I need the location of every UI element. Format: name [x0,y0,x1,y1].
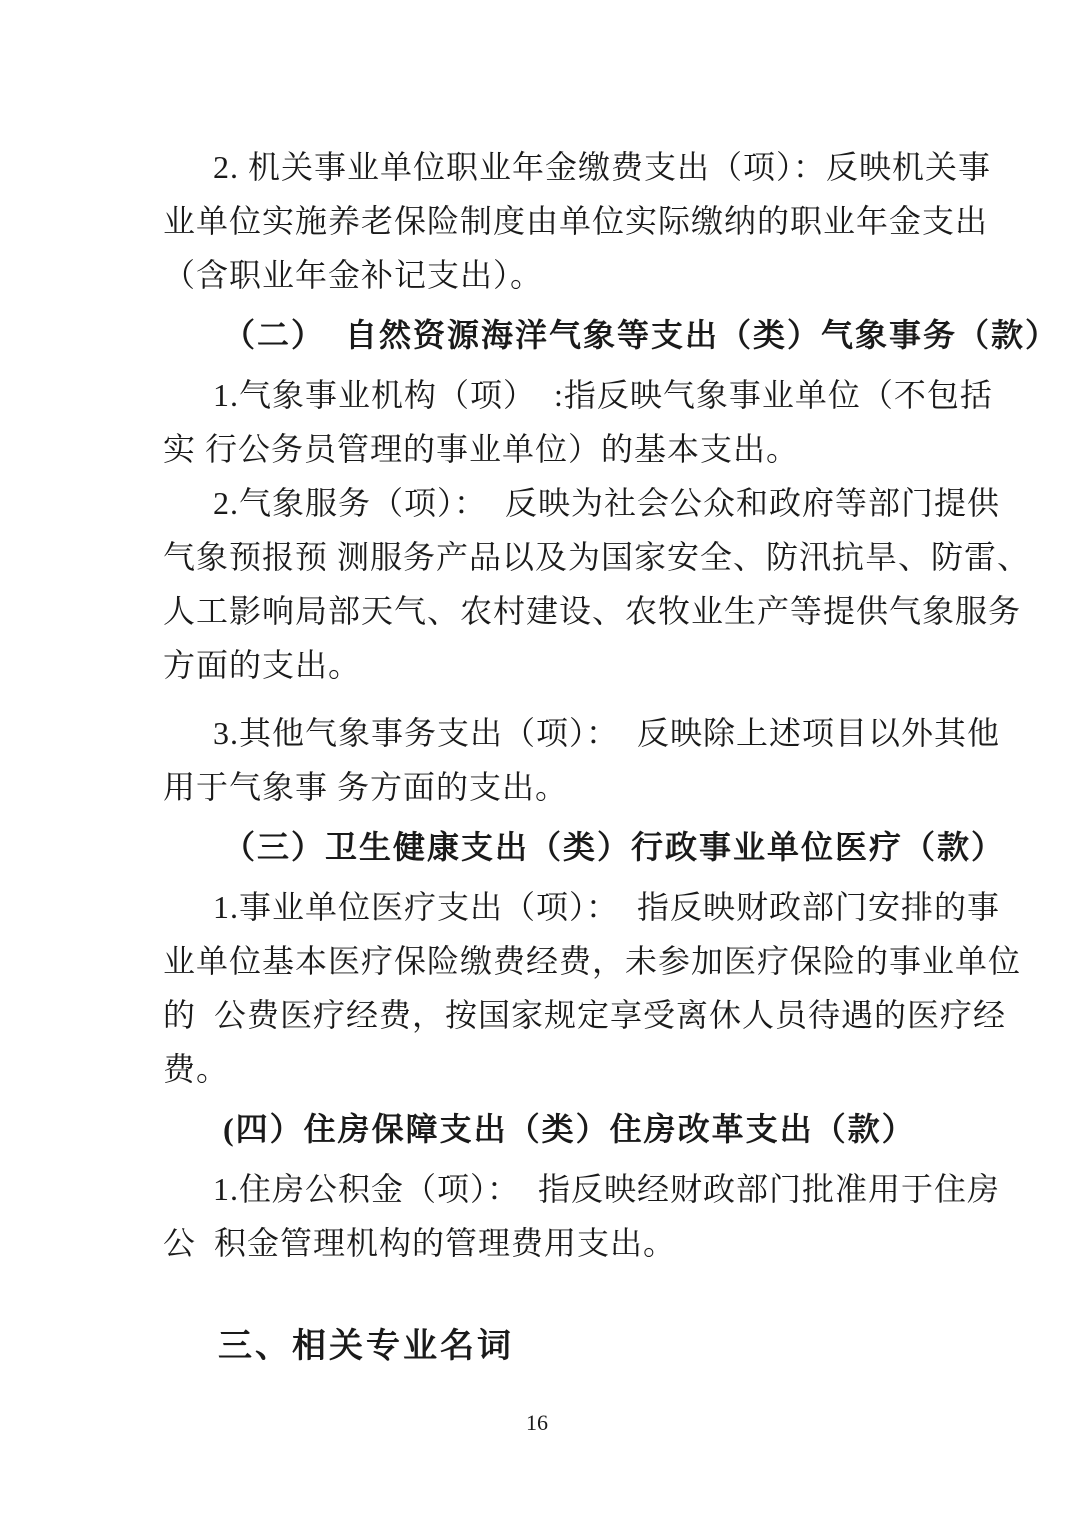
text-line: 的 公费医疗经费，按国家规定享受离休人员待遇的医疗经 [163,988,944,1042]
text-line: 实 行公务员管理的事业单位）的基本支出。 [163,422,944,476]
para-institution-medical-expenditure: 1.事业单位医疗支出（项）： 指反映财政部门安排的事业单位基本医疗保险缴费经费，… [163,880,944,1096]
para-other-meteorological-expenditure: 3.其他气象事务支出（项）： 反映除上述项目以外其他用于气象事 务方面的支出。 [163,706,944,814]
text-line: 3.其他气象事务支出（项）： 反映除上述项目以外其他 [163,706,944,760]
text-line: 2. 机关事业单位职业年金缴费支出（项）：反映机关事 [163,140,944,194]
text-line: （含职业年金补记支出）。 [163,248,944,302]
para-meteorological-services: 2.气象服务（项）： 反映为社会公众和政府等部门提供气象预报预 测服务产品以及为… [163,476,944,692]
text-line: 三、相关专业名词 [163,1322,944,1370]
text-line: 人工影响局部天气、农村建设、农牧业生产等提供气象服务 [163,584,944,638]
text-line: 业单位基本医疗保险缴费经费，未参加医疗保险的事业单位 [163,934,944,988]
para-pension-contribution: 2. 机关事业单位职业年金缴费支出（项）：反映机关事业单位实施养老保险制度由单位… [163,140,944,302]
text-line: 1.事业单位医疗支出（项）： 指反映财政部门安排的事 [163,880,944,934]
text-line: 公 积金管理机构的管理费用支出。 [163,1216,944,1270]
text-line: 1.住房公积金（项）： 指反映经财政部门批准用于住房 [163,1162,944,1216]
text-line: 气象预报预 测服务产品以及为国家安全、防汛抗旱、防雷、 [163,530,944,584]
para-meteorological-institutions: 1.气象事业机构（项） :指反映气象事业单位（不包括实 行公务员管理的事业单位）… [163,368,944,476]
para-housing-fund: 1.住房公积金（项）： 指反映经财政部门批准用于住房公 积金管理机构的管理费用支… [163,1162,944,1270]
text-line: 费。 [163,1042,944,1096]
heading-housing-security: (四）住房保障支出（类）住房改革支出（款） [163,1102,944,1156]
heading-natural-resources-meteorology: （二） 自然资源海洋气象等支出（类）气象事务（款） [163,308,944,362]
text-line: (四）住房保障支出（类）住房改革支出（款） [163,1102,944,1156]
text-line: 1.气象事业机构（项） :指反映气象事业单位（不包括 [163,368,944,422]
text-line: （二） 自然资源海洋气象等支出（类）气象事务（款） [163,308,944,362]
text-line: （三）卫生健康支出（类）行政事业单位医疗（款） [163,820,944,874]
text-line: 用于气象事 务方面的支出。 [163,760,944,814]
text-line: 业单位实施养老保险制度由单位实际缴纳的职业年金支出 [163,194,944,248]
document-page: 2. 机关事业单位职业年金缴费支出（项）：反映机关事业单位实施养老保险制度由单位… [0,0,1074,1520]
page-number: 16 [0,1410,1074,1436]
text-line: 2.气象服务（项）： 反映为社会公众和政府等部门提供 [163,476,944,530]
heading-health-expenditure: （三）卫生健康支出（类）行政事业单位医疗（款） [163,820,944,874]
section-title-related-terms: 三、相关专业名词 [163,1322,944,1370]
text-line: 方面的支出。 [163,638,944,692]
document-content: 2. 机关事业单位职业年金缴费支出（项）：反映机关事业单位实施养老保险制度由单位… [0,0,1074,1370]
